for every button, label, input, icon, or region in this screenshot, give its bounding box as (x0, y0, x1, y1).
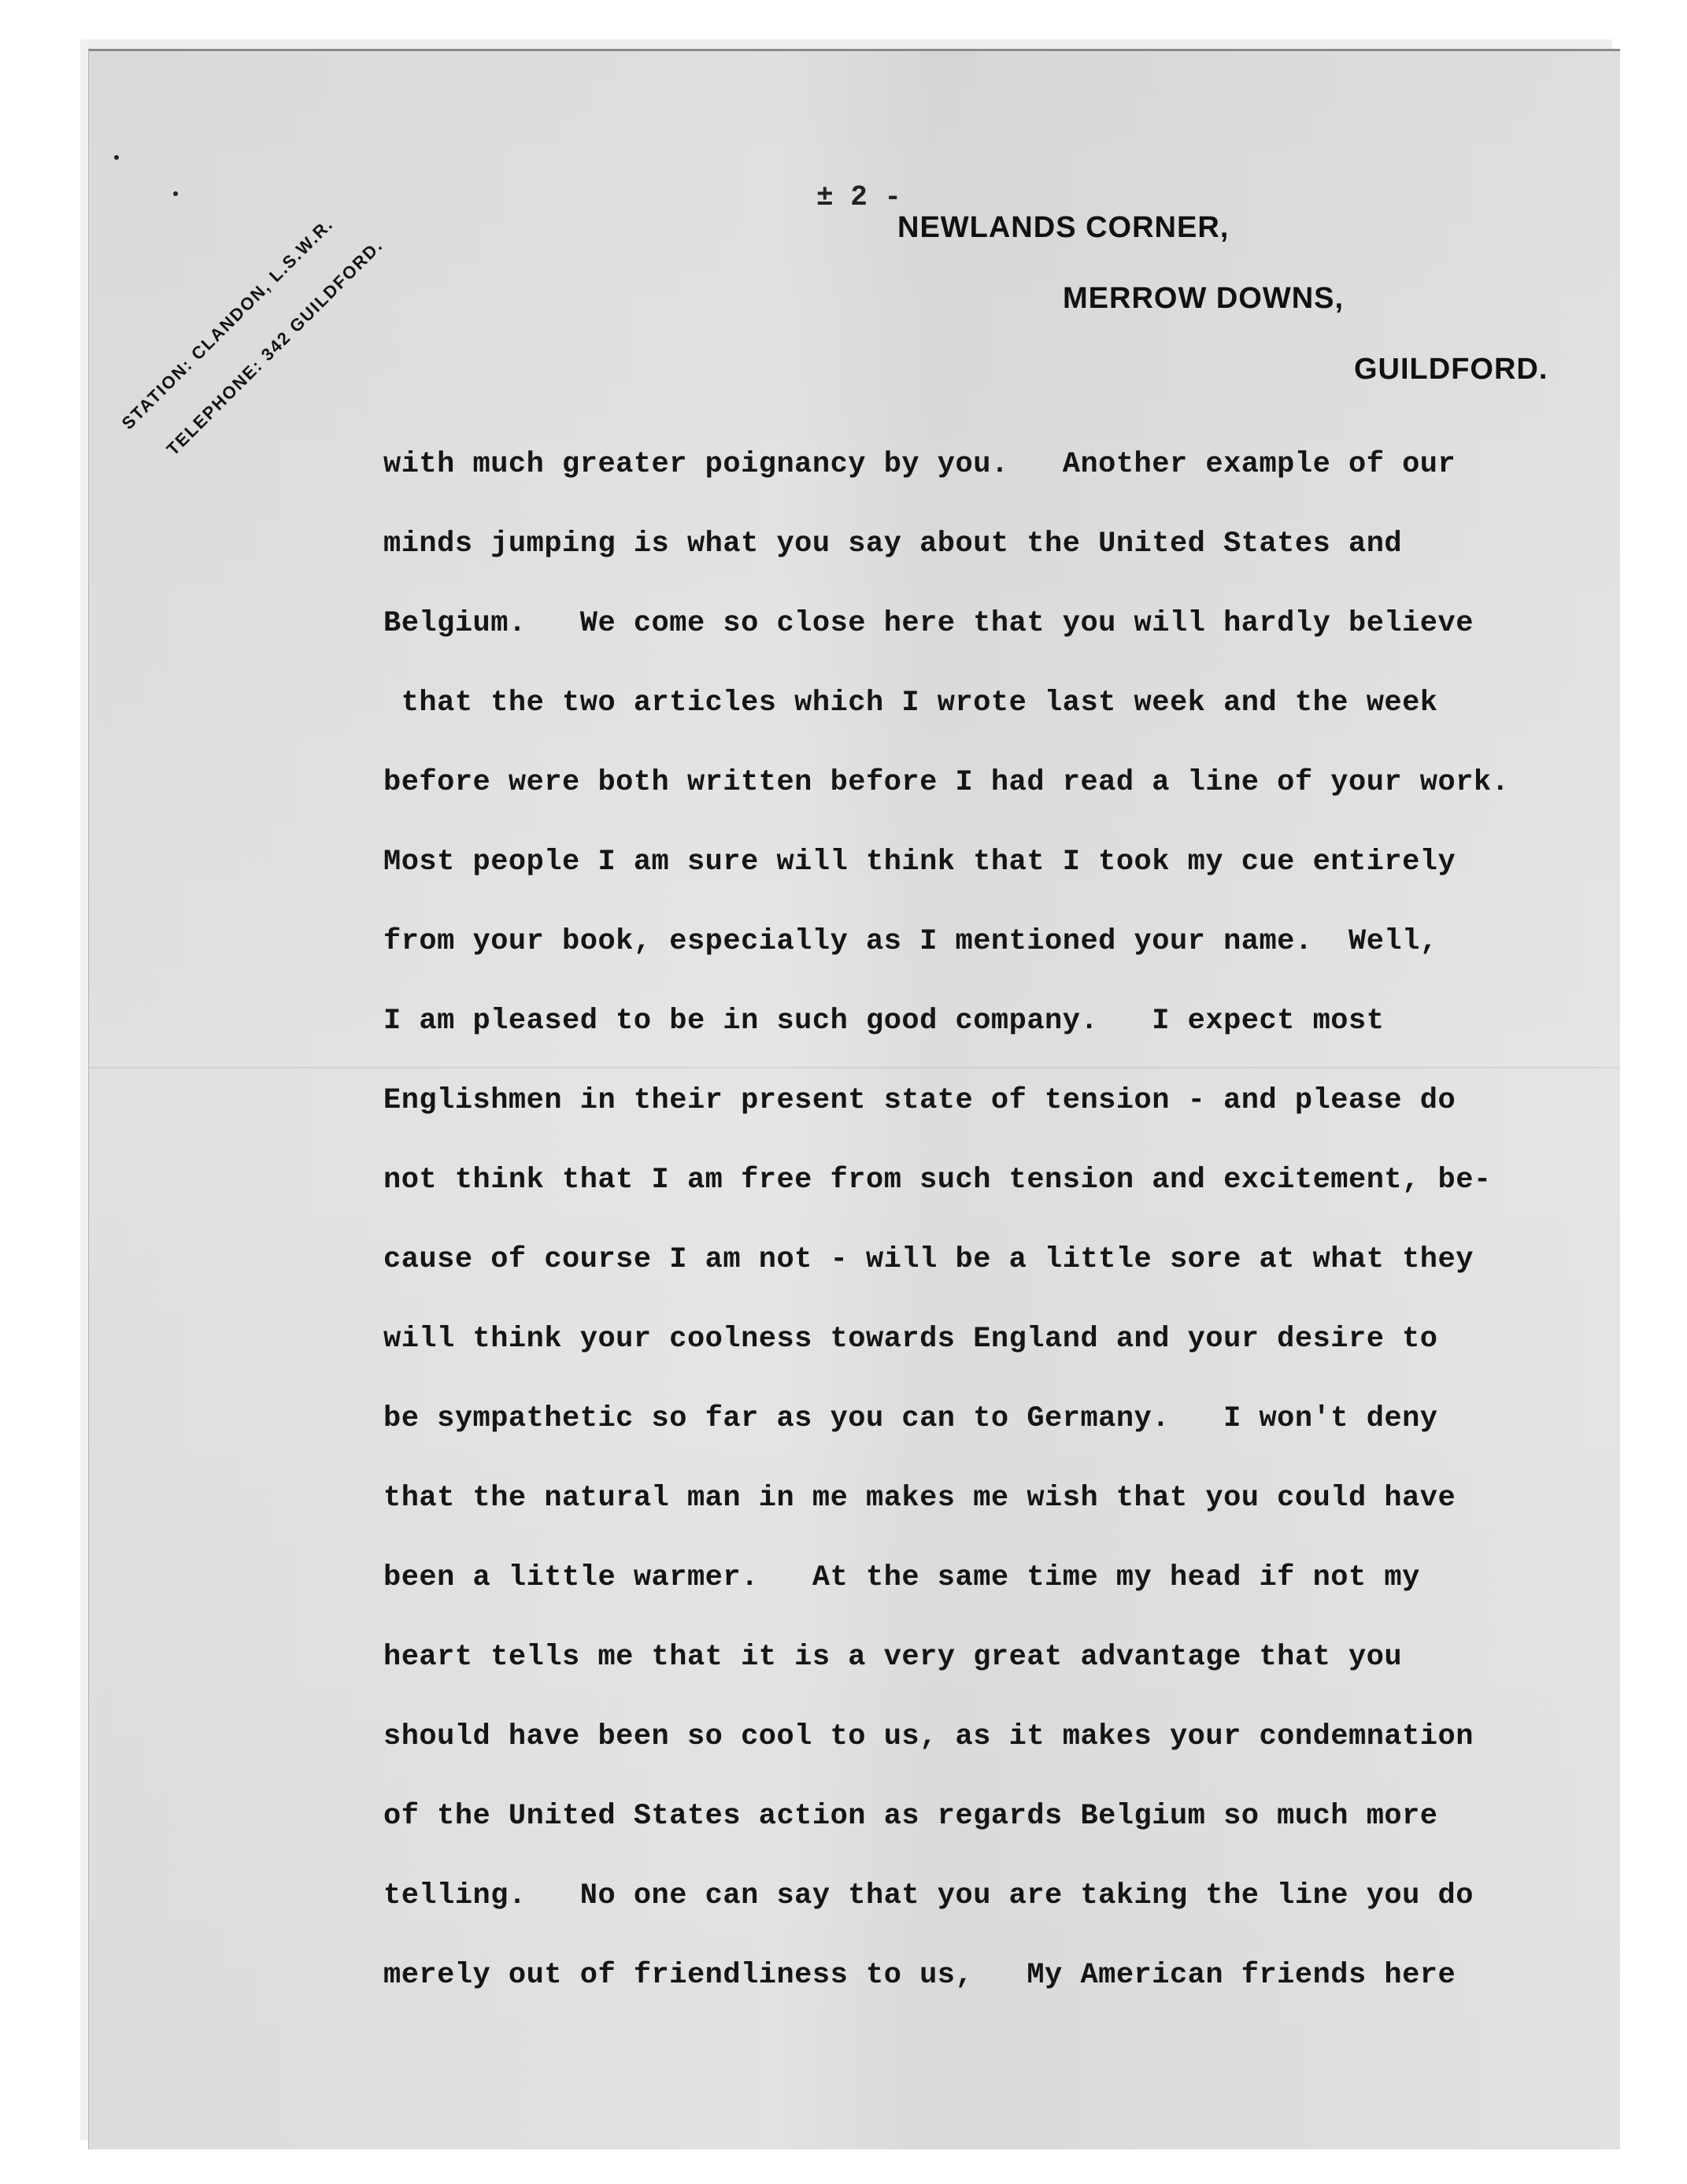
body-line: I am pleased to be in such good company.… (383, 998, 1627, 1077)
body-line: with much greater poignancy by you. Anot… (383, 441, 1627, 520)
body-line: cause of course I am not - will be a lit… (383, 1236, 1627, 1316)
body-line: heart tells me that it is a very great a… (383, 1634, 1627, 1713)
letter-body: with much greater poignancy by you. Anot… (383, 441, 1627, 2031)
body-line: Most people I am sure will think that I … (383, 838, 1627, 918)
body-line: before were both written before I had re… (383, 759, 1627, 838)
body-line: should have been so cool to us, as it ma… (383, 1713, 1627, 1793)
ink-speck (173, 191, 178, 196)
ink-speck (114, 155, 119, 160)
body-line: that the natural man in me makes me wish… (383, 1475, 1627, 1554)
address-line-3: GUILDFORD. (1354, 353, 1548, 387)
body-line: from your book, especially as I mentione… (383, 918, 1627, 998)
body-line: be sympathetic so far as you can to Germ… (383, 1395, 1627, 1475)
body-line: been a little warmer. At the same time m… (383, 1554, 1627, 1634)
address-line-2: MERROW DOWNS, (1063, 282, 1344, 316)
body-line: Englishmen in their present state of ten… (383, 1077, 1627, 1157)
body-line: telling. No one can say that you are tak… (383, 1872, 1627, 1952)
body-line: will think your coolness towards England… (383, 1316, 1627, 1395)
page-number: ± 2 - (816, 181, 901, 213)
body-line: merely out of friendliness to us, My Ame… (383, 1952, 1627, 2031)
address-line-1: NEWLANDS CORNER, (897, 211, 1229, 245)
body-line: of the United States action as regards B… (383, 1793, 1627, 1872)
body-line: Belgium. We come so close here that you … (383, 600, 1627, 679)
body-line: that the two articles which I wrote last… (383, 679, 1627, 759)
body-line: minds jumping is what you say about the … (383, 520, 1627, 600)
body-line: not think that I am free from such tensi… (383, 1157, 1627, 1236)
